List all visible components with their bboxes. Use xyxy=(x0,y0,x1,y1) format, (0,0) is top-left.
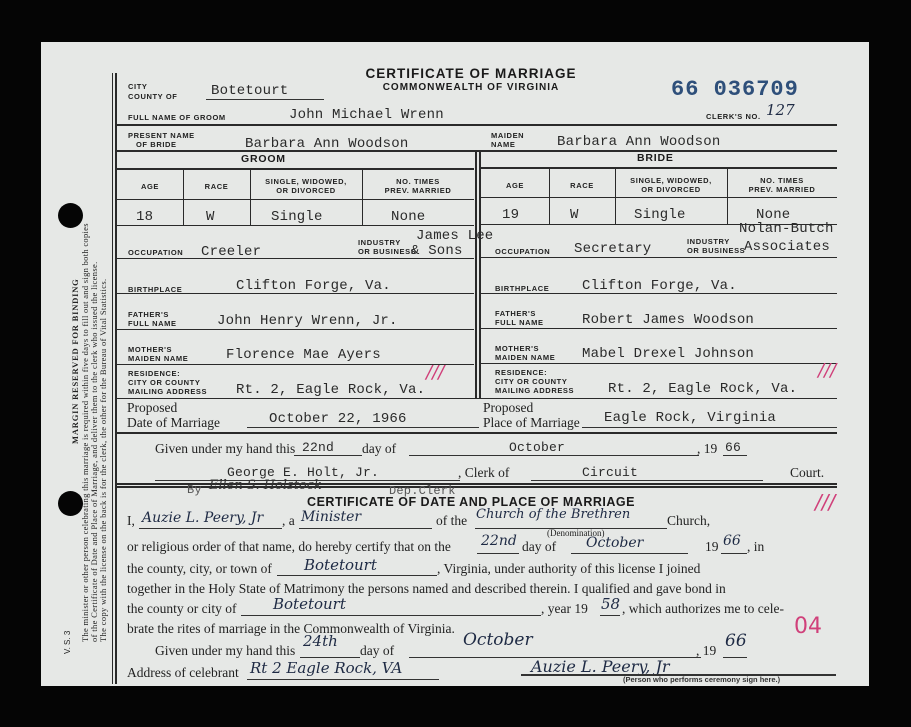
bride-mother-label-2: MAIDEN NAME xyxy=(495,353,555,362)
bride-name-label-2: OF BRIDE xyxy=(136,140,177,149)
certificate-number: 66 036709 xyxy=(671,77,799,102)
bride-birthplace: Clifton Forge, Va. xyxy=(582,278,737,294)
cert-given-text: Given under my hand this xyxy=(155,643,295,659)
certificate-red-check-mark: /// xyxy=(815,490,835,514)
bride-red-check-mark: /// xyxy=(818,360,836,381)
celebrant-address-label: Address of celebrant xyxy=(127,665,239,681)
cert-line-4: together in the Holy State of Matrimony … xyxy=(127,581,726,597)
bride-industry-label-1: INDUSTRY xyxy=(687,237,730,246)
center-rule-left xyxy=(475,150,477,399)
bride-occupation-label: OCCUPATION xyxy=(495,247,550,256)
bride-race-header: RACE xyxy=(549,181,615,190)
given-month: October xyxy=(463,630,533,650)
groom-red-check-mark: /// xyxy=(426,362,444,383)
clerk-of-text: , Clerk of xyxy=(458,465,509,481)
bride-father-label-1: FATHER'S xyxy=(495,309,536,318)
cert-in-text: , in xyxy=(747,539,764,555)
red-number: 04 xyxy=(794,614,822,639)
bride-age-header: AGE xyxy=(481,181,549,190)
bride-residence: Rt. 2, Eagle Rock, Va. xyxy=(608,381,797,397)
county-value: Botetourt xyxy=(211,83,288,99)
groom-residence-label-3: MAILING ADDRESS xyxy=(128,387,207,396)
groom-times-married: None xyxy=(391,209,425,225)
cert-a-text: , a xyxy=(282,513,295,529)
bride-industry-line-2: Associates xyxy=(744,239,830,255)
groom-father: John Henry Wrenn, Jr. xyxy=(217,313,398,329)
ceremony-year: 66 xyxy=(723,533,741,549)
binding-hole-top xyxy=(58,203,83,228)
license-year: 66 xyxy=(725,440,741,455)
margin-rule-inner xyxy=(115,73,117,684)
groom-residence-label-1: RESIDENCE: xyxy=(128,369,180,378)
groom-father-label-2: FULL NAME xyxy=(128,319,177,328)
court-text: Court. xyxy=(790,465,824,481)
groom-age-header: AGE xyxy=(117,182,183,191)
given-day: 24th xyxy=(303,632,338,650)
bond-locality: Botetourt xyxy=(273,595,346,613)
cert-given-year-prefix: , 19 xyxy=(696,643,716,659)
license-day: 22nd xyxy=(302,440,334,455)
groom-mother-label-1: MOTHER'S xyxy=(128,345,172,354)
cert-church-text: Church, xyxy=(667,513,710,529)
bride-status-header-2: OR DIVORCED xyxy=(641,185,701,194)
certificate-subtitle: COMMONWEALTH OF VIRGINIA xyxy=(341,82,601,93)
bride-race: W xyxy=(570,207,579,223)
ceremony-day: 22nd xyxy=(481,533,517,549)
groom-race: W xyxy=(206,209,215,225)
county-label: COUNTY OF xyxy=(128,92,177,101)
groom-age: 18 xyxy=(136,209,153,225)
groom-name-value: John Michael Wrenn xyxy=(289,107,444,123)
form-code: V. S. 3 xyxy=(63,631,72,654)
cert-day-of-text: day of xyxy=(522,539,556,555)
cert-given-day-of: day of xyxy=(360,643,394,659)
groom-industry-line-1: James Lee xyxy=(416,228,493,244)
bride-industry-label-2: OR BUSINESS xyxy=(687,246,745,255)
groom-occupation-label: OCCUPATION xyxy=(128,248,183,257)
maiden-name-label-1: MAIDEN xyxy=(491,131,524,140)
bride-industry-line-1: Nolan-Butch xyxy=(739,221,834,237)
cert-line-3-post: , Virginia, under authority of this lice… xyxy=(437,561,700,577)
groom-status-header-1: SINGLE, WIDOWED, xyxy=(265,177,347,186)
license-given-text: Given under my hand this xyxy=(155,441,295,457)
bride-mother-label-1: MOTHER'S xyxy=(495,344,539,353)
cert-of-the-text: of the xyxy=(436,513,467,529)
proposed-place-value: Eagle Rock, Virginia xyxy=(604,410,776,426)
margin-heading: MARGIN RESERVED FOR BINDING xyxy=(70,278,80,444)
bride-father-label-2: FULL NAME xyxy=(495,318,544,327)
groom-industry-label-2: OR BUSINESS xyxy=(358,247,416,256)
cert-line-6: brate the rites of marriage in the Commo… xyxy=(127,621,455,637)
groom-status: Single xyxy=(271,209,323,225)
celebrant-address: Rt 2 Eagle Rock, VA xyxy=(250,659,402,677)
margin-rule-outer xyxy=(112,73,113,684)
cert-i-text: I, xyxy=(127,513,135,529)
bride-residence-label-2: CITY OR COUNTY xyxy=(495,377,567,386)
given-year: 66 xyxy=(725,631,747,651)
bride-residence-label-3: MAILING ADDRESS xyxy=(495,386,574,395)
groom-residence-label-2: CITY OR COUNTY xyxy=(128,378,200,387)
signature-instruction: (Person who performs ceremony sign here.… xyxy=(623,675,780,684)
groom-name-label: FULL NAME OF GROOM xyxy=(128,113,226,122)
bride-occupation: Secretary xyxy=(574,241,651,257)
bride-times-header-2: PREV. MARRIED xyxy=(749,185,816,194)
proposed-date-label-2: Date of Marriage xyxy=(127,415,220,431)
cert-line-5-mid: , year 19 xyxy=(541,601,588,617)
marriage-certificate: MARGIN RESERVED FOR BINDING The minister… xyxy=(41,42,869,686)
maiden-name-label-2: NAME xyxy=(491,140,515,149)
city-label: CITY xyxy=(128,82,147,91)
margin-instructions-line-3: The copy with the license on the back is… xyxy=(98,279,108,643)
bride-status-header-1: SINGLE, WIDOWED, xyxy=(630,176,712,185)
court-name: Circuit xyxy=(582,465,638,480)
cert-line-2: or religious order of that name, do here… xyxy=(127,539,451,555)
proposed-place-label-1: Proposed xyxy=(483,400,533,416)
binding-hole-bottom xyxy=(58,491,83,516)
bride-name-label-1: PRESENT NAME xyxy=(128,131,195,140)
deputy-clerk-signature: Ellen S. Holstock xyxy=(209,478,322,493)
groom-race-header: RACE xyxy=(183,182,250,191)
bride-section-label: BRIDE xyxy=(637,152,674,164)
groom-times-header-2: PREV. MARRIED xyxy=(385,186,452,195)
groom-birthplace: Clifton Forge, Va. xyxy=(236,278,391,294)
groom-mother: Florence Mae Ayers xyxy=(226,347,381,363)
cert-line-5-pre: the county or city of xyxy=(127,601,236,617)
proposed-date-value: October 22, 1966 xyxy=(269,411,407,427)
clerks-no-value: 127 xyxy=(766,101,795,119)
cert-year-prefix: 19 xyxy=(705,539,719,555)
proposed-place-label-2: Place of Marriage xyxy=(483,415,580,431)
groom-section-label: GROOM xyxy=(241,153,286,165)
bride-father: Robert James Woodson xyxy=(582,312,754,328)
proposed-date-label-1: Proposed xyxy=(127,400,177,416)
bride-birthplace-label: BIRTHPLACE xyxy=(495,284,549,293)
groom-industry-line-2: & Sons xyxy=(411,243,463,259)
bride-mother: Mabel Drexel Johnson xyxy=(582,346,754,362)
bride-status: Single xyxy=(634,207,686,223)
ceremony-locality: Botetourt xyxy=(304,556,377,574)
license-year-prefix: , 19 xyxy=(697,441,717,457)
cert-line-3-pre: the county, city, or town of xyxy=(127,561,272,577)
ceremony-month: October xyxy=(586,535,643,551)
bride-residence-label-1: RESIDENCE: xyxy=(495,368,547,377)
cert-line-5-post: , which authorizes me to cele- xyxy=(622,601,784,617)
groom-mother-label-2: MAIDEN NAME xyxy=(128,354,188,363)
denomination-value: Church of the Brethren xyxy=(476,507,630,522)
certificate-title: CERTIFICATE OF MARRIAGE xyxy=(341,66,601,81)
license-month: October xyxy=(509,440,565,455)
maiden-name-value: Barbara Ann Woodson xyxy=(557,134,720,150)
groom-times-header-1: NO. TIMES xyxy=(396,177,440,186)
by-text: By xyxy=(187,483,202,497)
groom-residence: Rt. 2, Eagle Rock, Va. xyxy=(236,382,425,398)
groom-father-label-1: FATHER'S xyxy=(128,310,169,319)
clerks-no-label: CLERK'S No. xyxy=(706,112,761,121)
bride-times-header-1: NO. TIMES xyxy=(760,176,804,185)
officiant-title: Minister xyxy=(301,509,361,525)
groom-status-header-2: OR DIVORCED xyxy=(276,186,336,195)
groom-industry-label-1: INDUSTRY xyxy=(358,238,401,247)
officiant-name: Auzie L. Peery, Jr xyxy=(142,510,263,526)
license-day-of-text: day of xyxy=(362,441,396,457)
bride-age: 19 xyxy=(502,207,519,223)
certificate-section-title: CERTIFICATE OF DATE AND PLACE OF MARRIAG… xyxy=(221,495,721,509)
bond-year: 58 xyxy=(601,595,620,613)
